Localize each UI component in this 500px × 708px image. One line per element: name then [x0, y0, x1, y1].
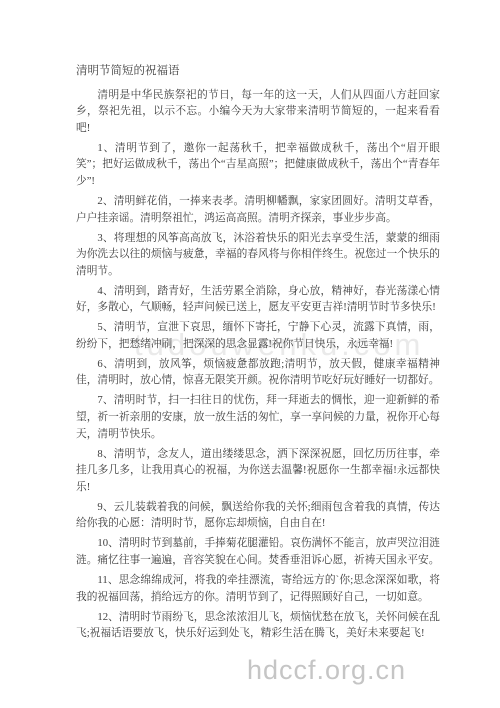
- blessing-paragraph-3: 3、将理想的风筝高高放飞，沐浴着快乐的阳光去享受生活，蒙蒙的细雨为你洗去以往的烦…: [76, 230, 440, 280]
- blessing-paragraph-5: 5、清明节，宣泄下哀思，缅怀下寄托，宁静下心灵，流露下真情，雨，纷纷下，把愁绪冲…: [76, 319, 440, 352]
- blessing-paragraph-7: 7、清明时节，扫一扫往日的忧伤，拜一拜逝去的惆怅，迎一迎新鲜的希望，祈一祈亲朋的…: [76, 392, 440, 442]
- bottom-watermark: hdccf.org.cn: [247, 655, 406, 686]
- blessing-paragraph-4: 4、清明到，踏青好，生活劳累全消除，身心放，精神好，春光荡漾心情好，多散心，气顺…: [76, 283, 440, 316]
- blessing-paragraph-12: 12、清明时节雨纷飞，思念浓浓泪儿飞，烦恼忧愁在放飞，关怀问候在乱飞;祝福话语要…: [76, 609, 440, 642]
- blessing-paragraph-11: 11、思念绵绵成河，将我的牵挂漂流，寄给远方的`你;思念深深如歌，将我的祝福回荡…: [76, 572, 440, 605]
- blessing-paragraph-6: 6、清明到，放风筝，烦恼疲惫都放跑;清明节，放天假，健康幸福精神佳，清明时，放心…: [76, 356, 440, 389]
- intro-paragraph: 清明是中华民族祭祀的节日，每一年的这一天，人们从四面八方赶回家乡，祭祀先祖，以示…: [76, 87, 440, 137]
- blessing-paragraph-8: 8、清明节，念友人，道出缕缕思念，洒下深深祝愿，回忆历历往事，牵挂几多几多，让我…: [76, 446, 440, 496]
- blessing-paragraph-9: 9、云儿装载着我的问候，飘送给你我的关怀;细雨包含着我的真情，传达给你我的心愿：…: [76, 499, 440, 532]
- blessing-paragraph-1: 1、清明节到了，邀你一起荡秋千，把幸福做成秋千，荡出个“眉开眼笑”；把好运做成秋…: [76, 140, 440, 190]
- document-page: tudouwenku.com 清明节简短的祝福语 清明是中华民族祭祀的节日，每一…: [0, 0, 500, 708]
- document-content: 清明节简短的祝福语 清明是中华民族祭祀的节日，每一年的这一天，人们从四面八方赶回…: [76, 63, 440, 645]
- blessing-paragraph-2: 2、清明鲜花俏，一捧来表孝。清明柳幡飘，家家团圆好。清明艾草香，户户挂亲谣。清明…: [76, 193, 440, 226]
- blessing-paragraph-10: 10、清明时节到墓前，手捧菊花腿灌铅。哀伤满怀不能言，放声哭泣泪涟涟。痛忆往事一…: [76, 535, 440, 568]
- page-title: 清明节简短的祝福语: [76, 63, 440, 80]
